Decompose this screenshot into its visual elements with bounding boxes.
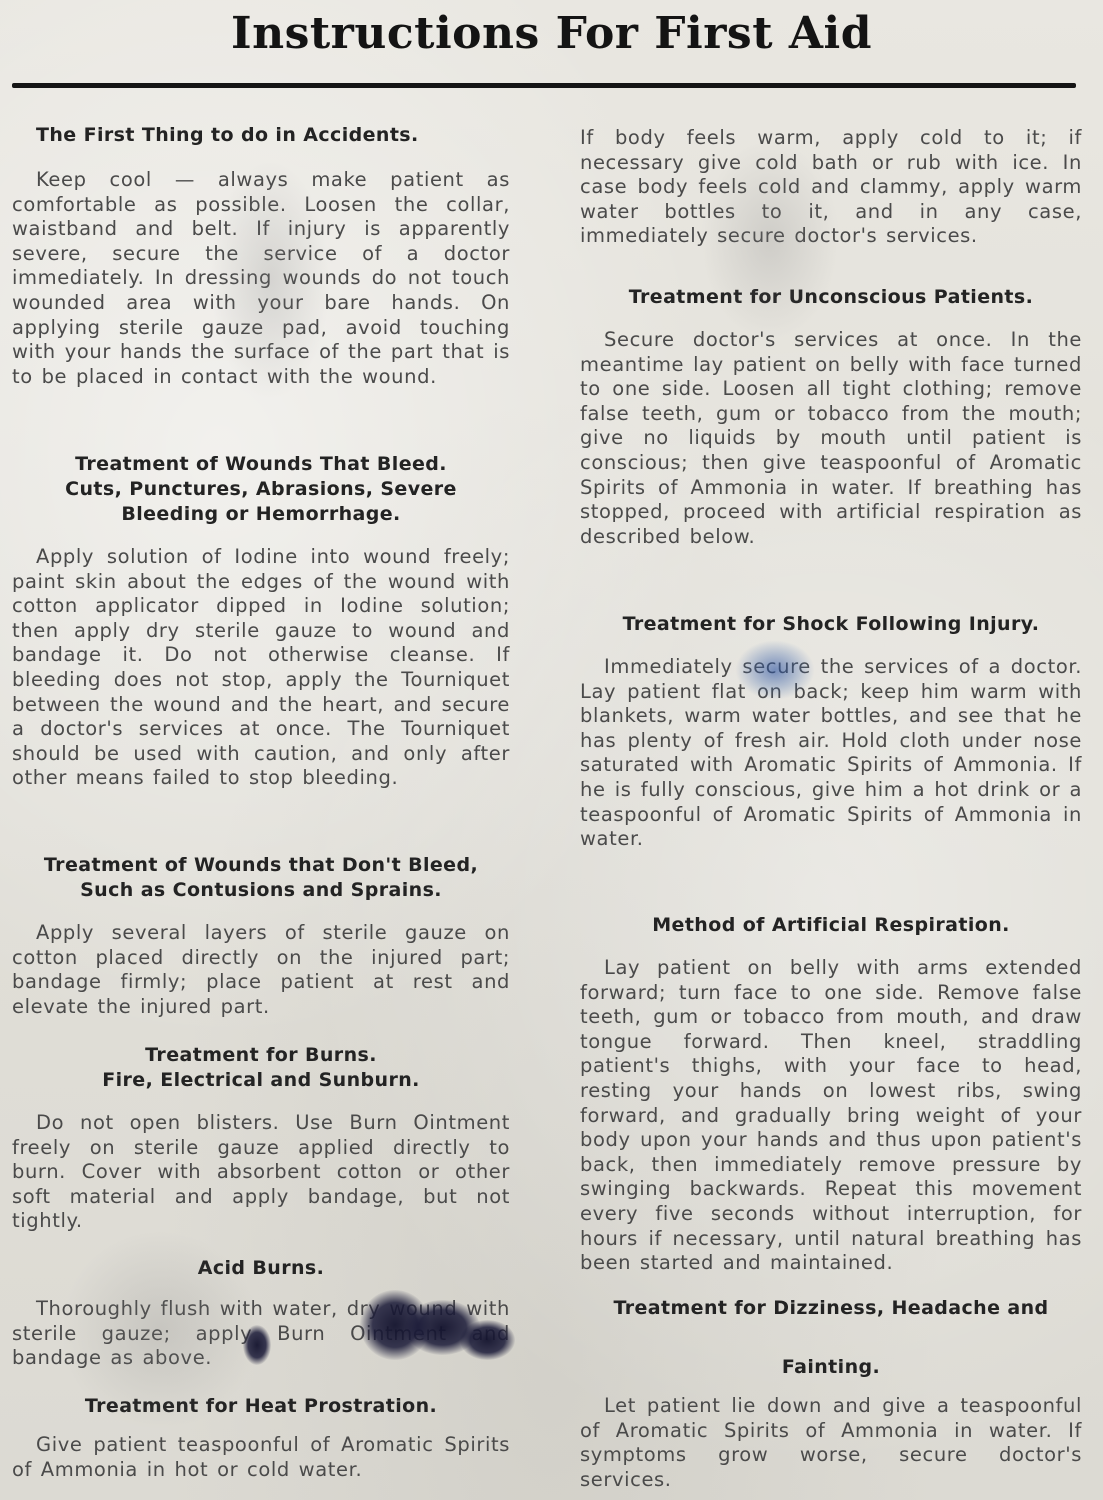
section-body: Apply solution of Iodine into wound free… [12, 545, 510, 791]
section-body: Thoroughly flush with water, dry wound w… [12, 1297, 510, 1371]
heading-line: Method of Artificial Respiration. [580, 913, 1082, 938]
section-body: If body feels warm, apply cold to it; if… [580, 126, 1082, 249]
heading-line: The First Thing to do in Accidents. [36, 123, 510, 148]
section-heading: Treatment of Wounds that Don't Bleed, Su… [12, 853, 510, 903]
section-body: Keep cool — always make patient as comfo… [12, 168, 510, 389]
section-body: Give patient teaspoonful of Aromatic Spi… [12, 1433, 510, 1482]
title-divider [12, 83, 1076, 88]
heading-line: Treatment for Dizziness, Headache and [580, 1296, 1082, 1321]
heading-line: Fainting. [580, 1355, 1082, 1380]
first-aid-instructions-page: Instructions For First Aid The First Thi… [0, 0, 1103, 1500]
section-body: Lay patient on belly with arms extended … [580, 956, 1082, 1276]
section-wounds-that-bleed: Treatment of Wounds That Bleed. Cuts, Pu… [12, 452, 510, 791]
heading-line: Treatment for Shock Following Injury. [580, 612, 1082, 637]
heading-line: Acid Burns. [12, 1256, 510, 1281]
section-body: Do not open blisters. Use Burn Ointment … [12, 1111, 510, 1234]
section-artificial-respiration: Method of Artificial Respiration. Lay pa… [580, 913, 1082, 1276]
heading-line: Treatment of Wounds That Bleed. [12, 452, 510, 477]
section-shock: Treatment for Shock Following Injury. Im… [580, 612, 1082, 852]
section-heat-prostration: Treatment for Heat Prostration. Give pat… [12, 1394, 510, 1482]
heading-line: Such as Contusions and Sprains. [12, 878, 510, 903]
section-heading: Treatment for Dizziness, Headache and Fa… [580, 1296, 1082, 1380]
section-heading: Treatment for Shock Following Injury. [580, 612, 1082, 637]
section-heading: The First Thing to do in Accidents. [12, 123, 510, 148]
section-body: Secure doctor's services at once. In the… [580, 328, 1082, 549]
section-heading: Treatment of Wounds That Bleed. Cuts, Pu… [12, 452, 510, 527]
section-body: Let patient lie down and give a teaspoon… [580, 1394, 1082, 1492]
heading-line: Treatment for Unconscious Patients. [580, 285, 1082, 310]
section-heading: Acid Burns. [12, 1256, 510, 1281]
section-acid-burns: Acid Burns. Thoroughly flush with water,… [12, 1256, 510, 1371]
section-dizziness: Treatment for Dizziness, Headache and Fa… [580, 1296, 1082, 1492]
section-first-thing: The First Thing to do in Accidents. Keep… [12, 123, 510, 389]
heading-line: Treatment for Burns. [12, 1043, 510, 1068]
section-body-temperature: If body feels warm, apply cold to it; if… [580, 126, 1082, 249]
section-heading: Treatment for Heat Prostration. [12, 1394, 510, 1419]
section-heading: Treatment for Unconscious Patients. [580, 285, 1082, 310]
heading-line: Fire, Electrical and Sunburn. [12, 1068, 510, 1093]
page-title: Instructions For First Aid [0, 8, 1103, 59]
section-heading: Method of Artificial Respiration. [580, 913, 1082, 938]
section-body: Apply several layers of sterile gauze on… [12, 921, 510, 1019]
section-wounds-dont-bleed: Treatment of Wounds that Don't Bleed, Su… [12, 853, 510, 1019]
section-body: Immediately secure the services of a doc… [580, 655, 1082, 852]
section-unconscious-patients: Treatment for Unconscious Patients. Secu… [580, 285, 1082, 549]
section-heading: Treatment for Burns. Fire, Electrical an… [12, 1043, 510, 1093]
section-burns: Treatment for Burns. Fire, Electrical an… [12, 1043, 510, 1234]
heading-line: Bleeding or Hemorrhage. [12, 502, 510, 527]
heading-line: Treatment of Wounds that Don't Bleed, [12, 853, 510, 878]
heading-line: Cuts, Punctures, Abrasions, Severe [12, 477, 510, 502]
heading-line: Treatment for Heat Prostration. [12, 1394, 510, 1419]
